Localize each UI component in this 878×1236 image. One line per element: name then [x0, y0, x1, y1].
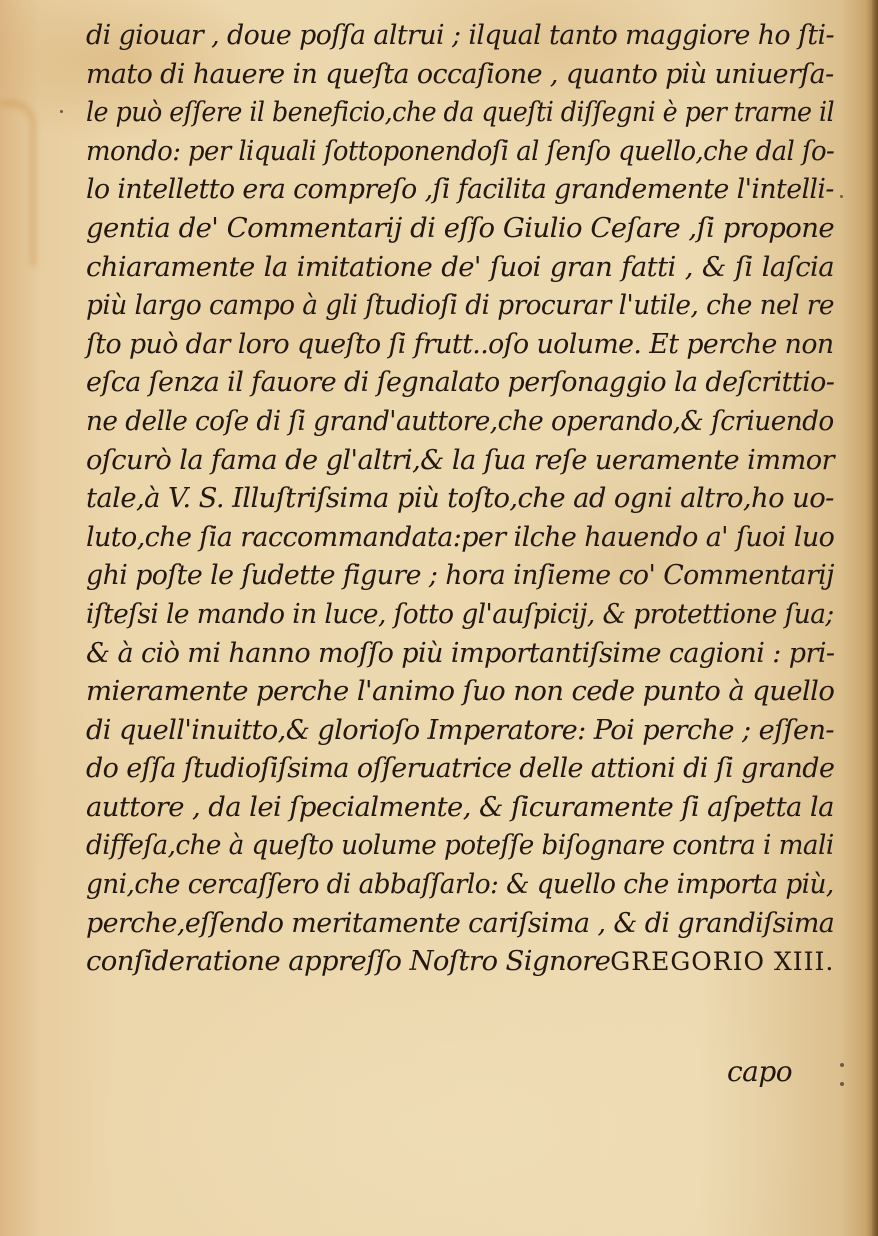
page-edge — [872, 0, 878, 1236]
text-line: gentia de' Commentarij di eſſo Giulio Ce… — [86, 209, 834, 248]
ink-speck — [840, 1082, 844, 1086]
water-stain — [0, 100, 36, 266]
ink-speck — [840, 1063, 844, 1067]
final-line-italic: conſideratione appreſſo Noſtro Signore — [86, 945, 610, 977]
ink-speck — [60, 110, 63, 113]
body-text: di giouar , doue poſſa altrui ; ilqual t… — [86, 16, 834, 981]
text-line: di quell'inuitto,& glorioſo Imperatore: … — [86, 711, 825, 750]
text-line: auttore , da lei ſpecialmente, & ſicuram… — [86, 788, 833, 827]
text-line-final: conſideratione appreſſo Noſtro SignoreGR… — [86, 942, 834, 981]
text-line: eſca ſenza il fauore di ſegnalato perſon… — [86, 363, 818, 402]
text-line: do eſſa ſtudioſiſsima oſſeruatrice delle… — [86, 749, 818, 788]
text-line: le può eſſere il beneficio,che da queſti… — [86, 93, 776, 132]
text-line: diffeſa,che à queſto uolume poteſſe biſo… — [86, 826, 801, 865]
text-line: gni,che cercaſſero di abbaſſarlo: & quel… — [86, 865, 802, 904]
text-line: ghi poſte le ſudette figure ; hora inſie… — [86, 556, 815, 595]
text-line: iſteſsi le mando in luce, ſotto gl'auſpi… — [86, 595, 804, 634]
book-page: di giouar , doue poſſa altrui ; ilqual t… — [0, 0, 878, 1236]
text-line: luto,che ſia raccommandata:per ilche hau… — [86, 518, 819, 557]
ink-speck — [840, 195, 843, 198]
text-line: ne delle coſe di ſi grand'auttore,che op… — [86, 402, 802, 441]
text-line: oſcurò la fama de gl'altri,& la ſua reſe… — [86, 441, 827, 480]
catchword: capo — [727, 1055, 792, 1088]
text-line: più largo campo à gli ſtudioſi di procur… — [86, 286, 804, 325]
text-line: ſto può dar loro queſto ſi frutt..oſo uo… — [86, 325, 815, 364]
text-line: di giouar , doue poſſa altrui ; ilqual t… — [86, 16, 816, 55]
text-line: perche,eſſendo meritamente cariſsima , &… — [86, 904, 818, 943]
text-line: tale,à V. S. Illuſtriſsima più toſto,che… — [86, 479, 832, 518]
text-line: & à ciò mi hanno moſſo più importantiſsi… — [86, 634, 821, 673]
text-line: mato di hauere in queſta occaſione , qua… — [86, 55, 817, 94]
text-line: chiaramente la imitatione de' ſuoi gran … — [86, 248, 834, 287]
text-line: mieramente perche l'animo ſuo non cede p… — [86, 672, 833, 711]
pope-name: GREGORIO XIII. — [610, 947, 834, 976]
text-line: mondo: per liquali ſottoponendoſi al ſen… — [86, 132, 791, 171]
text-line: lo intelletto era compreſo ,ſi facilita … — [86, 170, 814, 209]
